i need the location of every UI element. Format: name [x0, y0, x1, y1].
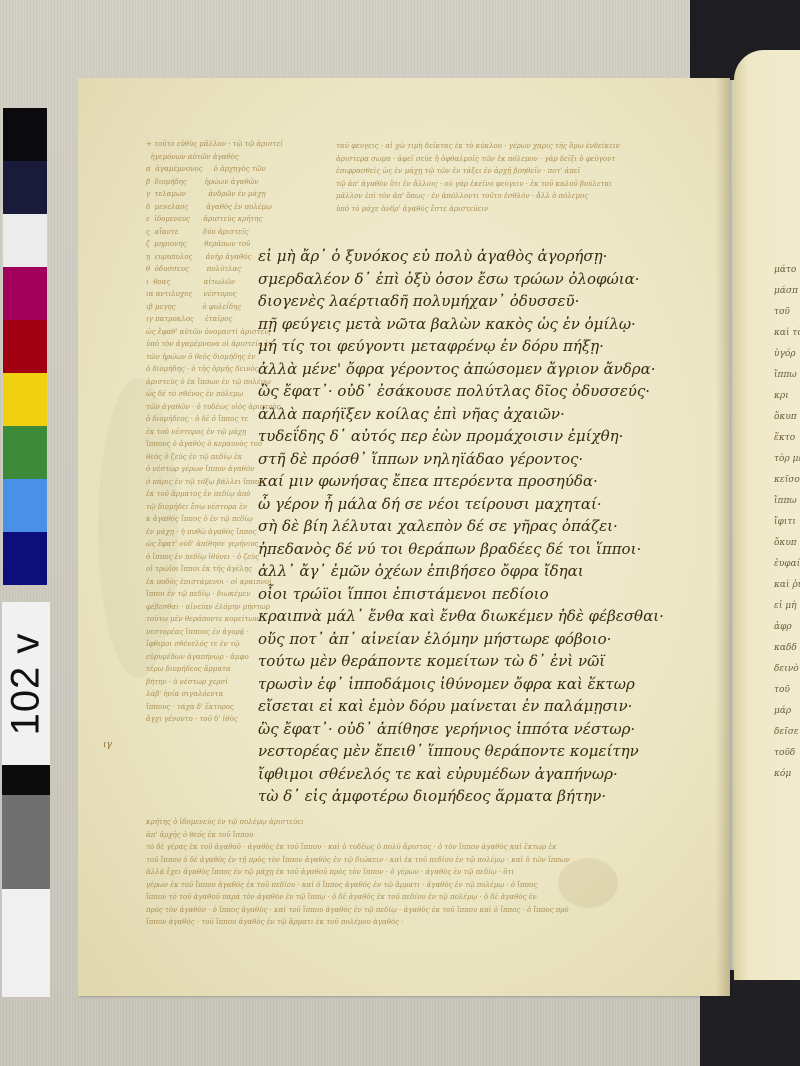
folio-label-strip: 102 v [2, 602, 50, 997]
main-text-line: μή τίς τοι φεύγοντι μεταφρένῳ ἐν δόρυ πή… [258, 335, 718, 358]
main-text-line: τὼ δ᾽ εἰς ἀμφοτέρω διομήδεος ἅρματα βήτη… [258, 785, 718, 808]
main-text-line: ἴφθιμοι σθένελός τε καὶ εὐρυμέδων ἀγαπήν… [258, 763, 718, 786]
main-text-line: καί μιν φωνήσας ἔπεα πτερόεντα προσηύδα· [258, 470, 718, 493]
main-text-line: στῆ δὲ πρόσθ᾽ ἵππων νηληϊάδαο γέροντος· [258, 448, 718, 471]
swatch-yellow [3, 373, 47, 426]
main-text-line: ὣς ἔφατ᾽· οὐδ᾽ ἀπίθησε γερήνιος ἱππότα ν… [258, 718, 718, 741]
main-text-line: τρωσὶν ἐφ᾽ ἱπποδάμοις ἰθύνομεν ὄφρα καὶ … [258, 673, 718, 696]
main-text-line: οἷοι τρώϊοι ἵπποι ἐπιστάμενοι πεδίοιο [258, 583, 718, 606]
main-text-line: ὣς ἔφατ᾽· οὐδ᾽ ἐσάκουσε πολύτλας δῖος ὀδ… [258, 380, 718, 403]
main-text-line: τυδεΐδης δ᾽ αὐτός περ ἐὼν προμάχοισιν ἐμ… [258, 425, 718, 448]
margin-numeral: ιγ [103, 740, 112, 750]
main-text-line: διογενὲς λαέρτιαδῆ πολυμήχαν᾽ ὀδυσσεῦ· [258, 290, 718, 313]
swatch-red [3, 320, 47, 373]
main-text-line: εἴσεται εἰ καὶ ἐμὸν δόρυ μαίνεται ἐν παλ… [258, 695, 718, 718]
main-text-line: πῇ φεύγεις μετὰ νῶτα βαλὼν κακὸς ὡς ἐν ὁ… [258, 313, 718, 336]
adjacent-page-text: μάτομάσπτοῦκαὶ τὸὑγόρἵππωκριὅκυπἕκτοτὸρ … [774, 260, 800, 785]
adjacent-page: μάτομάσπτοῦκαὶ τὸὑγόρἵππωκριὅκυπἕκτοτὸρ … [734, 50, 800, 980]
main-text-line: νεστορέας μὲν ἔπειθ᾽ ἵππους θεράποντε κο… [258, 740, 718, 763]
main-text-line: ἠπεδανὸς δέ νύ τοι θεράπων βραδέες δέ το… [258, 538, 718, 561]
swatch-black [3, 108, 47, 161]
swatch-green [3, 426, 47, 479]
main-text-line: ὦ γέρον ἦ μάλα δή σε νέοι τείρουσι μαχητ… [258, 493, 718, 516]
color-calibration-strip [3, 108, 47, 585]
manuscript-page: ταῦ φευγεις · αἰ χὼ τιμὴ δεῖκτας ἐκ τὸ κ… [78, 78, 730, 996]
swatch-cyan [3, 479, 47, 532]
main-text-line: κραιπνὰ μάλ᾽ ἔνθα καὶ ἔνθα διωκέμεν ἠδὲ … [258, 605, 718, 628]
swatch-blue [3, 532, 47, 585]
main-text-line: τούτω μὲν θεράποντε κομείτων τὼ δ᾽ ἐνὶ ν… [258, 650, 718, 673]
main-text-line: οὕς ποτ᾽ ἀπ᾽ αἰνείαν ἑλόμην μήστωρε φόβο… [258, 628, 718, 651]
main-text-line: σὴ δὲ βίη λέλυται χαλεπὸν δέ σε γῆρας ὀπ… [258, 515, 718, 538]
swatch-white [3, 214, 47, 267]
main-text-block: εἰ μὴ ἄρ᾽ ὁ ξυνόκος εὐ πολὺ ἀγαθὸς ἀγορή… [258, 245, 718, 808]
grayscale-black [2, 765, 50, 795]
folio-label: 102 v [4, 632, 49, 735]
main-text-line: ἀλλὰ παρήϊξεν κοίλας ἐπὶ νῆας ἀχαιῶν· [258, 403, 718, 426]
top-commentary: ταῦ φευγεις · αἰ χὼ τιμὴ δεῖκτας ἐκ τὸ κ… [336, 140, 716, 215]
main-text-line: ἀλλὰ μένε' ὄφρα γέροντος ἀπώσομεν ἄγριον… [258, 358, 718, 381]
main-text-line: σμερδαλέον δ᾽ ἐπὶ ὀξὺ ὁσον ἔσω τρώων ὀλο… [258, 268, 718, 291]
folio-label-box: 102 v [2, 602, 50, 765]
swatch-navy [3, 161, 47, 214]
grayscale-white [2, 889, 50, 997]
main-text-line: εἰ μὴ ἄρ᾽ ὁ ξυνόκος εὐ πολὺ ἀγαθὸς ἀγορή… [258, 245, 718, 268]
grayscale-gray [2, 795, 50, 889]
bottom-commentary: κρήτης ὁ ἰδομενεὺς ἐν τῷ πολέμῳ ἀριστεύε… [146, 816, 726, 929]
main-text-line: ἀλλ᾽ ἄγ᾽ ἐμῶν ὀχέων ἐπιβήσεο ὄφρα ἴδηαι [258, 560, 718, 583]
swatch-magenta [3, 267, 47, 320]
